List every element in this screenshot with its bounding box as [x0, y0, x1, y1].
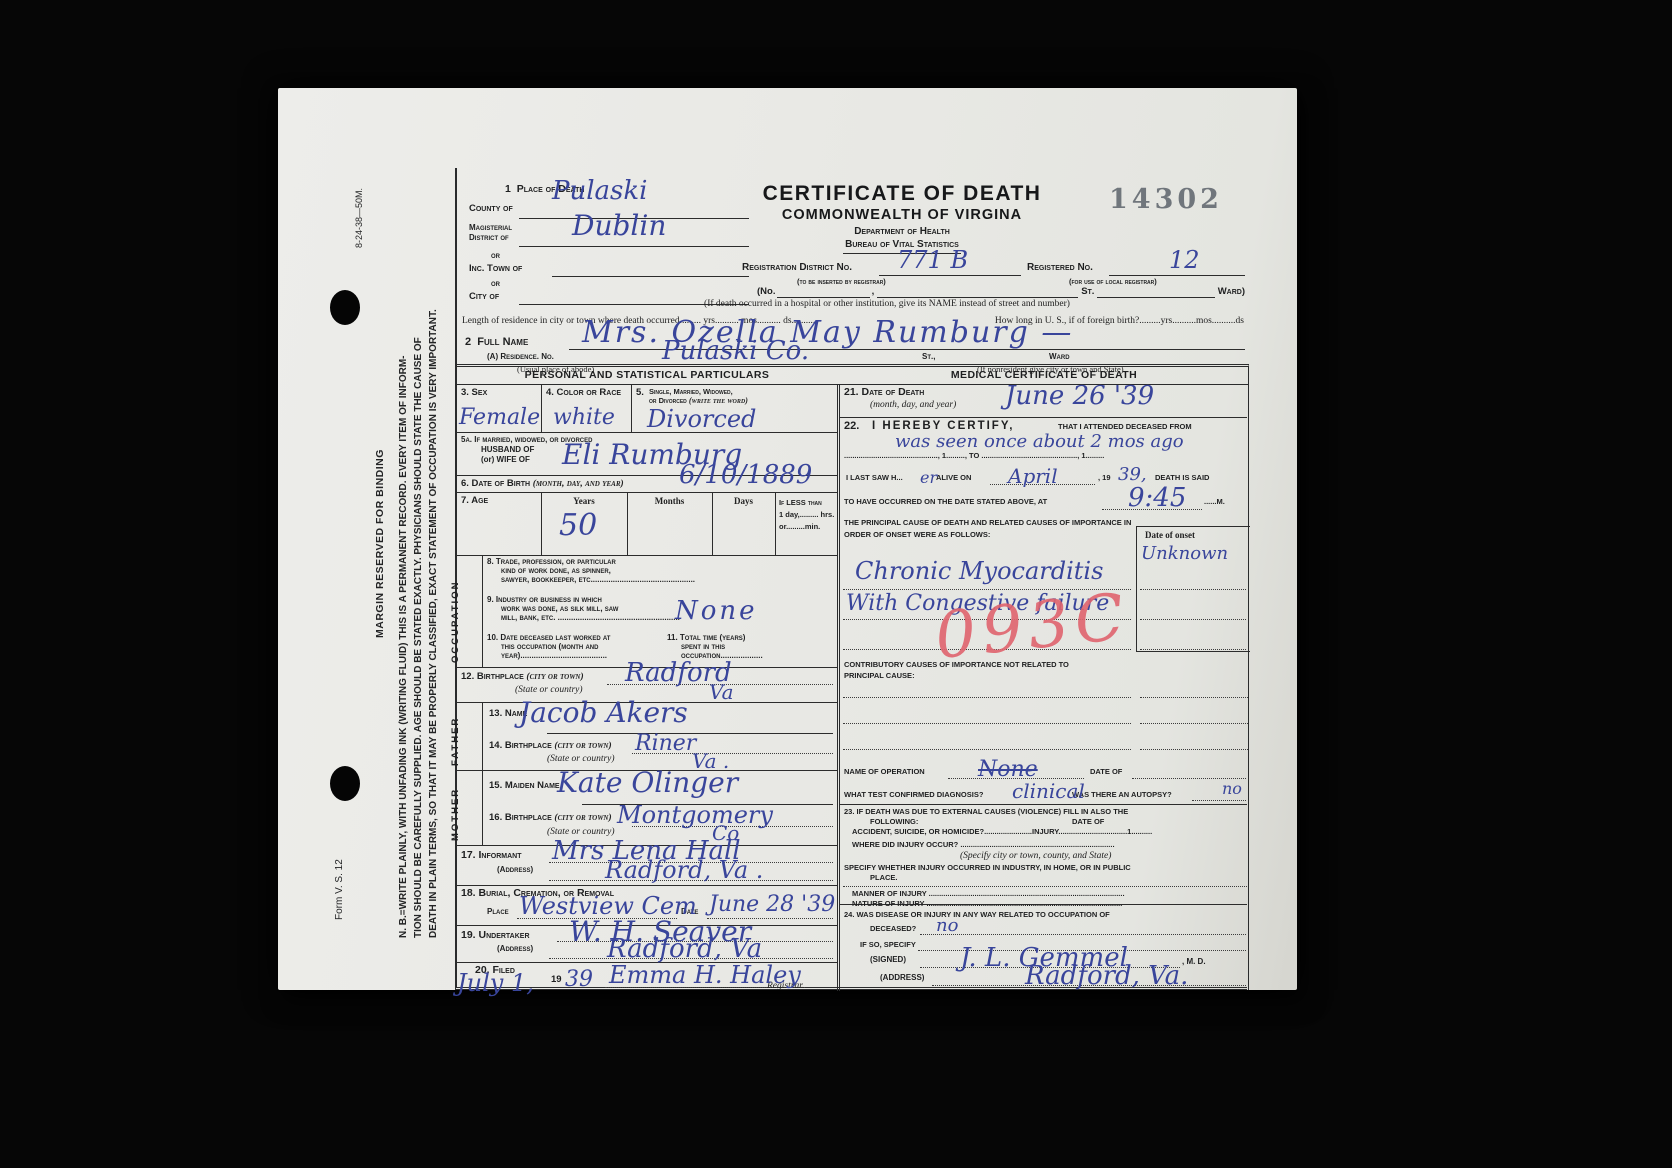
- burial-place-label: Place: [487, 908, 509, 917]
- contributory-section: CONTRIBUTORY CAUSES OF IMPORTANCE NOT RE…: [840, 653, 1247, 761]
- sex-value: Female: [459, 407, 540, 429]
- left-section-title: PERSONAL AND STATISTICAL PARTICULARS: [457, 370, 837, 382]
- father-block: FATHER 13. Name Jacob Akers 14. Birthpla…: [457, 703, 837, 771]
- test-row: WHAT TEST CONFIRMED DIAGNOSIS? clinical …: [840, 783, 1247, 805]
- right-section-title: MEDICAL CERTIFICATE OF DEATH: [839, 370, 1249, 382]
- certificate-form: 1 Place of Death County of Pulaski Magis…: [455, 168, 1247, 990]
- city-of-label: City of: [469, 292, 499, 303]
- margin-nb-line1: N. B.=WRITE PLAINLY, WITH UNFADING INK (…: [396, 178, 411, 938]
- cause-intro-2: ORDER OF ONSET WERE AS FOLLOWS:: [844, 531, 990, 539]
- mother-bp-note1: (city or town): [554, 813, 611, 823]
- mother-name-label: 15. Maiden Name: [489, 781, 560, 792]
- filed-printed-19: 19: [551, 975, 562, 986]
- last-saw-hand: er: [920, 470, 937, 486]
- last-saw-1: I LAST SAW H...: [846, 474, 903, 482]
- magisterial-label: Magisterial: [469, 224, 512, 233]
- external-causes-section: 23. IF DEATH WAS DUE TO EXTERNAL CAUSES …: [840, 805, 1247, 905]
- occ11: 11. Total time (years) spent in this occ…: [667, 634, 763, 661]
- age-div4: [775, 493, 776, 556]
- death-certificate-sheet: 8-24-38—50M. MARGIN RESERVED FOR BINDING…: [278, 88, 1297, 990]
- filed-row: 20. Filed July 1, 19 39 Emma H. Haley Re…: [457, 963, 837, 991]
- occ8: 8. Trade, profession, or particular kind…: [487, 558, 695, 585]
- registered-no-label: Registered No.: [1027, 262, 1093, 273]
- county-label: County of: [469, 204, 513, 215]
- age-label: 7. Age: [461, 496, 488, 507]
- mother-bp-label-text: 16. Birthplace: [489, 812, 552, 823]
- e23-line2: FOLLOWING:: [870, 818, 918, 826]
- dod-label: 21. Date of Death: [844, 387, 924, 399]
- father-bp-note1: (city or town): [554, 741, 611, 751]
- inc-town-label: Inc. Town of: [469, 264, 522, 275]
- birthplace-label-text: 12. Birthplace: [461, 671, 524, 682]
- informant-addr-label: (Address): [497, 866, 533, 875]
- onset-dot3: [1140, 649, 1246, 650]
- onset-label: Date of onset: [1145, 530, 1195, 540]
- inc-town-line: [552, 276, 749, 277]
- filed-year-value: 39: [565, 969, 593, 991]
- dob-note: (month, day, and year): [533, 479, 624, 489]
- informant-row: 17. Informant Mrs Lena Hall (Address) Ra…: [457, 846, 837, 886]
- e23-dotline: [843, 886, 1247, 887]
- certify-num: 22.: [844, 420, 859, 432]
- commonwealth-title: COMMONWEALTH OF VIRGINA: [707, 207, 1097, 223]
- residence-label: (A) Residence. No.: [487, 353, 554, 362]
- street-ward-line: (No. , St. Ward ): [757, 286, 1245, 298]
- mother-name-value: Kate Olinger: [557, 769, 738, 797]
- sex-race-marital-row: 3. Sex Female 4. Color or Race white 5. …: [457, 385, 837, 433]
- operation-date-label: DATE OF: [1090, 768, 1122, 776]
- age-years-header: Years: [541, 496, 627, 506]
- margin-nb-line2: TION SHOULD BE CAREFULLY SUPPLIED. AGE S…: [411, 178, 426, 938]
- certificate-number-stamp: 14302: [1109, 184, 1223, 215]
- contrib-2: PRINCIPAL CAUSE:: [844, 672, 915, 680]
- margin-form-code: Form V. S. 12: [334, 859, 345, 920]
- e23-line6: MANNER OF INJURY .......................…: [852, 890, 1125, 898]
- r24-value: no: [936, 917, 958, 935]
- onset-dot1: [1140, 589, 1246, 590]
- e23-line5b: PLACE.: [870, 874, 898, 882]
- onset-value: Unknown: [1141, 545, 1228, 563]
- age-months-header: Months: [627, 496, 712, 506]
- dod-value: June 26 '39: [1005, 383, 1154, 409]
- department-label: Department of Health: [707, 226, 1097, 237]
- occurred-row: TO HAVE OCCURRED ON THE DATE STATED ABOV…: [840, 491, 1247, 515]
- margin-binding-note: MARGIN RESERVED FOR BINDING: [374, 449, 386, 638]
- age-less-3: or.........min.: [779, 523, 820, 531]
- last-saw-3: , 19: [1098, 474, 1111, 482]
- mother-vertical-text: MOTHER: [450, 788, 461, 841]
- county-value: Pulaski: [552, 178, 647, 204]
- full-name-value: Mrs. Ozella May Rumburg —: [582, 318, 1073, 348]
- last-saw-4: DEATH IS SAID: [1155, 474, 1209, 482]
- age-days-header: Days: [712, 496, 775, 506]
- age-less-2: 1 day,......... hrs.: [779, 511, 834, 519]
- or-label-2: or: [491, 280, 500, 289]
- operation-value: None: [978, 759, 1038, 781]
- e23-line3: ACCIDENT, SUICIDE, OR HOMICIDE?.........…: [852, 828, 1152, 836]
- undertaker-row: 19. Undertaker W. H. Seaver (Address) Ra…: [457, 926, 837, 963]
- marital-num: 5.: [636, 388, 644, 399]
- certify-hand: was seen once about 2 mos ago: [895, 433, 1184, 451]
- race-value: white: [553, 407, 615, 429]
- operation-label: NAME OF OPERATION: [844, 768, 925, 776]
- occupation-vertical-label: OCCUPATION: [457, 556, 483, 667]
- registered-no-line: [1109, 275, 1245, 276]
- district-value: Dublin: [572, 212, 666, 240]
- date-of-death-row: 21. Date of Death (month, day, and year)…: [840, 385, 1247, 418]
- dod-note: (month, day, and year): [870, 400, 956, 410]
- age-years-value: 50: [559, 511, 597, 541]
- divider-race-marital: [631, 385, 632, 433]
- registration-district-label: Registration District No.: [742, 262, 852, 273]
- dob-row: 6. Date of Birth (month, day, and year) …: [457, 476, 837, 493]
- address-value: Radford, Va.: [1025, 963, 1188, 989]
- birthplace-label: 12. Birthplace (city or town): [461, 672, 584, 683]
- contrib-onset-dot1: [1140, 697, 1248, 698]
- mother-bp-city: Montgomery: [617, 803, 773, 827]
- occ8-line3: sawyer, bookkeeper, etc.................…: [501, 576, 695, 585]
- margin-nb-line3: DEATH IN PLAIN TERMS, SO THAT IT MAY BE …: [426, 178, 441, 938]
- no-label: (No.: [757, 287, 775, 298]
- divider-sex-race: [541, 385, 542, 433]
- cause-intro-1: THE PRINCIPAL CAUSE OF DEATH AND RELATED…: [844, 519, 1131, 527]
- occurred-1: TO HAVE OCCURRED ON THE DATE STATED ABOV…: [844, 498, 1047, 506]
- occ10: 10. Date deceased last worked at this oc…: [487, 634, 610, 661]
- age-row: 7. Age Years Months Days If LESS than 1 …: [457, 493, 837, 556]
- autopsy-label: WAS THERE AN AUTOPSY?: [1072, 791, 1172, 799]
- autopsy-dots: [1192, 800, 1246, 801]
- occupation-block: OCCUPATION 8. Trade, profession, or part…: [457, 556, 837, 668]
- informant-label: 17. Informant: [461, 850, 521, 862]
- birthplace-note1: (city or town): [526, 672, 583, 682]
- signed-label: (SIGNED): [870, 956, 906, 965]
- full-name-label-text: Full Name: [477, 336, 528, 348]
- certificate-title: CERTIFICATE OF DEATH: [707, 182, 1097, 206]
- comma-label: ,: [872, 287, 875, 298]
- marital-value: Divorced: [647, 407, 756, 431]
- registered-no-value: 12: [1169, 248, 1200, 272]
- dob-label: 6. Date of Birth (month, day, and year): [461, 479, 624, 490]
- name-fill: [877, 286, 1078, 298]
- sex-label: 3. Sex: [461, 388, 487, 399]
- father-bp-city: Riner: [635, 733, 696, 755]
- undertaker-addr-label: (Address): [497, 945, 533, 954]
- residence-st-label: St.,: [922, 353, 935, 362]
- cause1-value: Chronic Myocarditis: [855, 559, 1103, 583]
- paren-label: ): [1242, 287, 1245, 298]
- form-columns: PERSONAL AND STATISTICAL PARTICULARS MED…: [457, 364, 1249, 990]
- st-label: St.: [1081, 287, 1094, 298]
- birthplace-note2: (State or country): [515, 685, 583, 695]
- onset-dot2: [1140, 619, 1246, 620]
- occ10-line3: year)...................................…: [501, 652, 610, 661]
- occupation-vertical-text: OCCUPATION: [450, 581, 461, 663]
- address-label: (ADDRESS): [880, 974, 924, 983]
- birthplace-state: Va: [709, 682, 734, 702]
- last-saw-date: April: [1008, 466, 1058, 486]
- last-saw-year: 39,: [1118, 466, 1147, 484]
- industry-value: None: [675, 598, 758, 624]
- father-bp-label: 14. Birthplace (city or town): [489, 741, 612, 752]
- e23-line5: SPECIFY WHETHER INJURY OCCURRED IN INDUS…: [844, 864, 1131, 872]
- margin-print-code: 8-24-38—50M.: [354, 188, 364, 248]
- last-saw-2: ALIVE ON: [936, 474, 971, 482]
- marital-note: (write the word): [689, 396, 748, 405]
- contrib-dot3: [843, 749, 1131, 750]
- mother-bp-label: 16. Birthplace (city or town): [489, 813, 612, 824]
- father-vertical-text: FATHER: [450, 717, 461, 766]
- filed-date-value: July 1,: [457, 971, 534, 995]
- dob-label-text: 6. Date of Birth: [461, 478, 530, 489]
- father-bp-note2: (State or country): [547, 754, 615, 764]
- registrar-signature: Emma H. Haley: [609, 963, 801, 987]
- contrib-onset-dot3: [1140, 749, 1248, 750]
- test-label: WHAT TEST CONFIRMED DIAGNOSIS?: [844, 791, 983, 799]
- spouse-label-3: (or) WIFE OF: [481, 456, 530, 465]
- occurred-2: ......M.: [1204, 498, 1225, 506]
- title-block: CERTIFICATE OF DEATH COMMONWEALTH OF VIR…: [707, 182, 1097, 254]
- personal-particulars-column: 3. Sex Female 4. Color or Race white 5. …: [457, 385, 837, 991]
- ward-label: Ward: [1218, 287, 1242, 298]
- race-label: 4. Color or Race: [546, 388, 621, 399]
- informant-address: Radford, Va .: [605, 858, 763, 882]
- e23-line1: 23. IF DEATH WAS DUE TO EXTERNAL CAUSES …: [844, 808, 1128, 816]
- e23-line4b: (Specify city or town, county, and State…: [960, 851, 1111, 861]
- death-time-value: 9:45: [1128, 485, 1186, 511]
- residence-value: Pulaski Co.: [662, 338, 809, 364]
- r24-line1: 24. WAS DISEASE OR INJURY IN ANY WAY REL…: [844, 911, 1110, 919]
- scan-background: { "colors": {"ink": "#39459b", "red_penc…: [0, 0, 1672, 1168]
- medical-certificate-column: 21. Date of Death (month, day, and year)…: [837, 385, 1247, 991]
- mother-vertical-label: MOTHER: [457, 771, 483, 845]
- burial-date-value: June 28 '39: [709, 894, 835, 916]
- no-fill: [777, 286, 869, 298]
- hospital-note: (If death occurred in a hospital or othe…: [607, 299, 1167, 309]
- punch-hole-bottom: [330, 766, 360, 801]
- registration-district-value: 771 B: [897, 248, 968, 272]
- full-name-num: 2: [465, 336, 471, 348]
- occupation-related-section: 24. WAS DISEASE OR INJURY IN ANY WAY REL…: [840, 905, 1247, 991]
- residence-ward-label: Ward: [1049, 353, 1070, 362]
- father-name-value: Jacob Akers: [519, 699, 688, 727]
- autopsy-value: no: [1222, 781, 1242, 797]
- undertaker-label: 19. Undertaker: [461, 930, 530, 942]
- district-of-label: District of: [469, 234, 509, 243]
- mother-block: MOTHER 15. Maiden Name Kate Olinger 16. …: [457, 771, 837, 846]
- certify-row: 22. I HEREBY CERTIFY, THAT I ATTENDED DE…: [840, 418, 1247, 468]
- place-num: 1: [505, 183, 511, 195]
- spouse-label-2: HUSBAND OF: [481, 446, 534, 455]
- r24-line3: IF SO, SPECIFY: [860, 941, 916, 949]
- occ9-line3: mill, bank, etc. .......................…: [501, 614, 680, 623]
- undertaker-address: Radford, Va: [607, 936, 762, 962]
- test-value: clinical: [1012, 781, 1085, 801]
- certify-dotline: ........................................…: [844, 452, 1104, 460]
- marital-line2-text: or Divorced: [649, 396, 687, 405]
- age-less-1: If LESS than: [779, 499, 822, 507]
- onset-box: Date of onset Unknown: [1136, 526, 1250, 652]
- contrib-dot2: [843, 723, 1131, 724]
- r24-dots: [920, 934, 1246, 935]
- margin-nb-note: N. B.=WRITE PLAINLY, WITH UNFADING INK (…: [396, 178, 441, 938]
- st-fill: [1097, 286, 1214, 298]
- contrib-dot1: [843, 697, 1131, 698]
- dob-value: 6/10/1889: [679, 462, 812, 488]
- e23-line4: WHERE DID INJURY OCCUR? ................…: [852, 841, 1115, 849]
- or-label-1: or: [491, 252, 500, 261]
- father-vertical-label: FATHER: [457, 703, 483, 770]
- full-name-label: 2 Full Name: [465, 336, 528, 348]
- e23-dateof: DATE OF: [1072, 818, 1104, 826]
- father-bp-label-text: 14. Birthplace: [489, 740, 552, 751]
- occ9: 9. Industry or business in which work wa…: [487, 596, 680, 623]
- contrib-onset-dot2: [1140, 723, 1248, 724]
- r24-line2: DECEASED?: [870, 925, 916, 933]
- registration-district-line: [879, 275, 1021, 276]
- punch-hole-top: [330, 290, 360, 325]
